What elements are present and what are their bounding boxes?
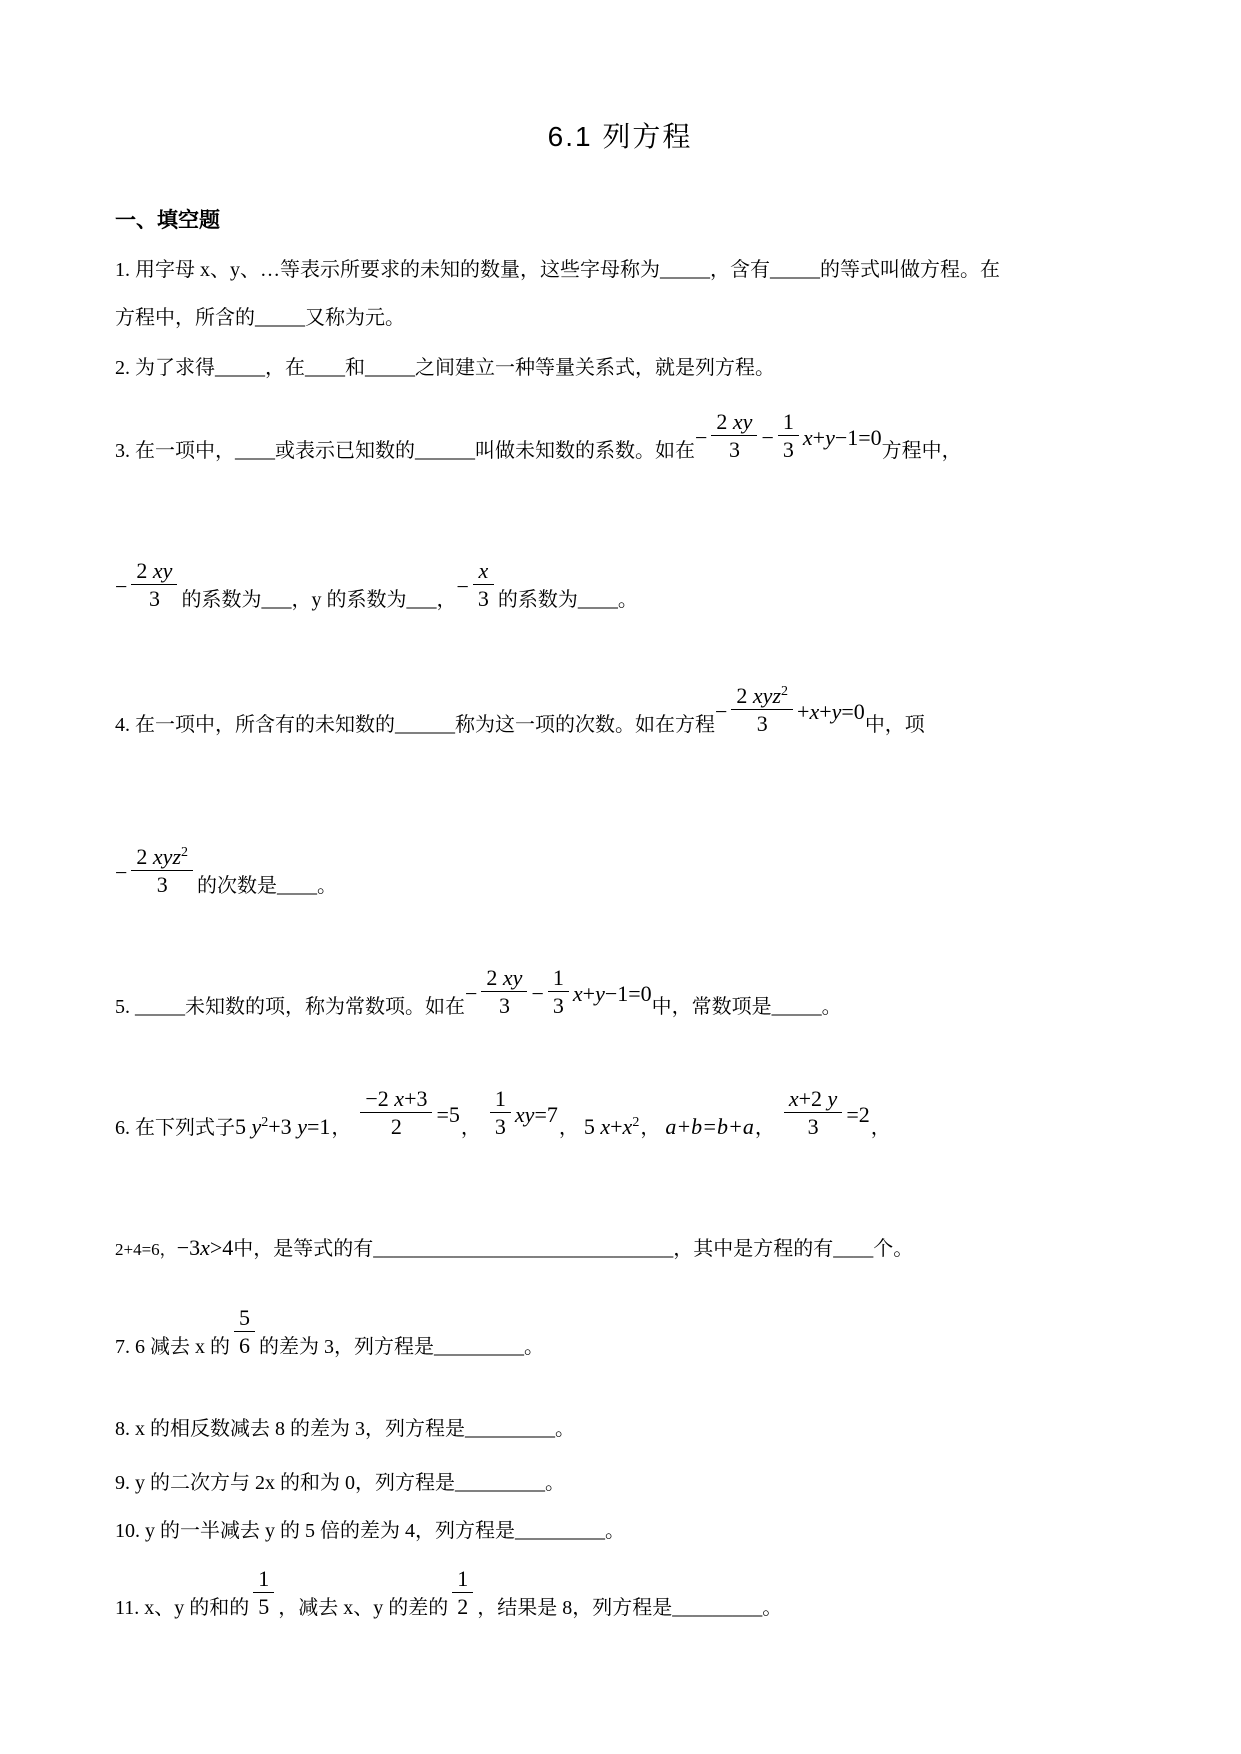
minus-sign: − <box>115 860 127 885</box>
fraction-denominator: 5 <box>253 1592 274 1620</box>
fraction-1-over-5: 15 <box>253 1565 274 1620</box>
minus-sign: − <box>465 981 477 1006</box>
fraction-denominator: 6 <box>234 1331 255 1359</box>
q1-line2: 方程中，所含的_____又称为元。 <box>115 307 405 329</box>
q3-lead: 3. 在一项中，____或表示已知数的______叫做未知数的系数。如在 <box>115 440 695 462</box>
expr-5y2-plus-3y-eq-1: 5 y2+3 y=1 <box>235 1114 330 1139</box>
numerator-coefficient: 2 <box>486 965 503 990</box>
fraction-numerator: 2 xyz2 <box>131 839 193 870</box>
num-term: +2 <box>799 1086 828 1111</box>
inequality-value: >4 <box>210 1235 233 1260</box>
op-plus: + <box>610 1114 622 1139</box>
equation-2xyz2-over-3-x-y: −2 xyz23+x+y=0 <box>715 711 865 736</box>
q4-lead: 4. 在一项中，所含有的未知数的______称为这一项的次数。如在方程 <box>115 714 715 736</box>
numerator-variables: xy <box>503 965 523 990</box>
var-y: y <box>825 425 835 450</box>
q6-text: 中，是等式的有 <box>233 1238 373 1260</box>
fraction-numerator: 2 xy <box>131 557 177 584</box>
fraction-2xy-over-3: 2 xy3 <box>481 964 527 1019</box>
numerator-variables: xyz <box>153 844 181 869</box>
numerator-variables: xy <box>733 409 753 434</box>
vars-xy: xy <box>515 1102 535 1127</box>
fraction-2xyz2-over-3: 2 xyz23 <box>131 839 193 898</box>
fraction-1-over-3: 13 <box>490 1085 511 1140</box>
fraction-denominator: 3 <box>490 1112 511 1140</box>
answer-blank-short: ____ <box>833 1238 873 1260</box>
section-heading: 一、填空题 <box>115 206 1125 236</box>
numerator-coefficient: 2 <box>736 683 753 708</box>
question-6-part1: 6. 在下列式子5 y2+3 y=1，−2 x+32=5，13xy=7，5 x+… <box>115 1083 1125 1160</box>
expr-x2y-over-3-eq-2: x+2 y3=2 <box>780 1114 870 1139</box>
fraction-1-over-2: 12 <box>452 1565 473 1620</box>
page-title: 6.1 列方程 <box>115 116 1125 158</box>
expr-neg2x3-over-2-eq-5: −2 x+32=5 <box>356 1114 460 1139</box>
fraction-denominator: 3 <box>473 584 494 612</box>
superscript-2: 2 <box>781 684 788 699</box>
fraction-denominator: 3 <box>548 991 569 1019</box>
expr-neg3x-gt-4: −3x>4 <box>177 1235 234 1260</box>
numerator-coefficient: 2 <box>136 844 153 869</box>
num-variable: x <box>789 1086 799 1111</box>
question-4-part1: 4. 在一项中，所含有的未知数的______称为这一项的次数。如在方程−2 xy… <box>115 678 1125 757</box>
question-10: 10. y 的一半减去 y 的 5 倍的差为 4，列方程是_________。 <box>115 1507 1125 1555</box>
minus-sign: − <box>761 425 773 450</box>
var-y: y <box>297 1114 307 1139</box>
q7-lead: 7. 6 减去 x 的 <box>115 1336 230 1358</box>
coefficient: 5 <box>584 1114 601 1139</box>
q11-tail: ，结果是 8，列方程是_________。 <box>477 1597 782 1619</box>
fraction-numerator: −2 x+3 <box>360 1085 432 1112</box>
question-9: 9. y 的二次方与 2x 的和为 0，列方程是_________。 <box>115 1459 1125 1507</box>
expr-2-plus-4-eq-6: 2+4=6， <box>115 1240 177 1259</box>
numerator-coefficient: 2 <box>716 409 733 434</box>
fraction-denominator: 3 <box>731 709 793 737</box>
comma: ， <box>461 1117 481 1139</box>
num-variable: y <box>828 1086 838 1111</box>
q1-line1: 1. 用字母 x、y、…等表示所要求的未知的数量，这些字母称为_____，含有_… <box>115 259 1000 281</box>
expr-a-plus-b-commutative: a+b=b+a <box>665 1114 754 1139</box>
expr-5x-plus-x2: 5 x+x2 <box>584 1114 639 1139</box>
q5-tail: 中，常数项是_____。 <box>652 996 842 1018</box>
fraction-numerator: 2 xy <box>711 408 757 435</box>
fraction-numerator: 1 <box>253 1565 274 1592</box>
equals-value: =1 <box>307 1114 330 1139</box>
fraction-numerator: 1 <box>778 408 799 435</box>
q3-tail: 方程中， <box>882 440 962 462</box>
equation-2xy3-13x-y-1: −2 xy3−13x+y−1=0 <box>695 437 882 462</box>
tail-rest: −1=0 <box>835 425 882 450</box>
fraction-neg2x-plus-3-over-2: −2 x+32 <box>360 1085 432 1140</box>
fraction-numerator: 1 <box>452 1565 473 1592</box>
fraction-denominator: 2 <box>360 1112 432 1140</box>
var-x: x <box>200 1235 210 1260</box>
comma: ， <box>640 1117 660 1139</box>
fraction-1-over-3: 13 <box>548 964 569 1019</box>
num-coefficient: −2 <box>365 1086 394 1111</box>
var-y: y <box>595 981 605 1006</box>
equals-value: =2 <box>846 1102 869 1127</box>
expr-one-third-xy-eq-7: 13xy=7 <box>486 1114 558 1139</box>
q11-mid: ，减去 x、y 的差的 <box>278 1597 448 1619</box>
var-x: x <box>803 425 813 450</box>
q3-mid: 的系数为___，y 的系数为___， <box>181 589 456 611</box>
op-plus: + <box>819 699 831 724</box>
q9-text: 9. y 的二次方与 2x 的和为 0，列方程是_________。 <box>115 1472 565 1494</box>
numerator-variables: xyz <box>753 683 781 708</box>
op-term: +3 <box>268 1114 297 1139</box>
equation-tail: x+y−1=0 <box>573 981 652 1006</box>
fraction-neg-x-over-3: −x3 <box>456 586 497 611</box>
fraction-denominator: 3 <box>778 435 799 463</box>
var-x: x <box>623 1114 633 1139</box>
fraction-neg-2xyz2-over-3: −2 xyz23 <box>115 872 197 897</box>
q3-end: 的系数为____。 <box>498 589 638 611</box>
fraction-denominator: 3 <box>481 991 527 1019</box>
worksheet-page: 6.1 列方程 一、填空题 1. 用字母 x、y、…等表示所要求的未知的数量，这… <box>0 0 1241 1640</box>
fraction-x-plus-2y-over-3: x+2 y3 <box>784 1085 842 1140</box>
fraction-x-over-3: x3 <box>473 557 494 612</box>
q10-text: 10. y 的一半减去 y 的 5 倍的差为 4，列方程是_________。 <box>115 1520 625 1542</box>
comma: ， <box>871 1117 891 1139</box>
equals-value: =5 <box>436 1102 459 1127</box>
numerator-coefficient: 2 <box>136 558 153 583</box>
fraction-numerator: 2 xy <box>481 964 527 991</box>
op-plus: + <box>797 699 809 724</box>
coefficient: −3 <box>177 1235 200 1260</box>
tail-rest: −1=0 <box>605 981 652 1006</box>
var-x: x <box>809 699 819 724</box>
op-plus: + <box>813 425 825 450</box>
equals-value: =7 <box>534 1102 557 1127</box>
fraction-2xy-over-3: 2 xy3 <box>131 557 177 612</box>
fraction-denominator: 3 <box>131 870 193 898</box>
q6-lead: 6. 在下列式子 <box>115 1117 235 1139</box>
question-8: 8. x 的相反数减去 8 的差为 3，列方程是_________。 <box>115 1405 1125 1453</box>
question-6-part2: 2+4=6，−3x>4中，是等式的有______________________… <box>115 1224 1125 1274</box>
fraction-2xyz2-over-3: 2 xyz23 <box>731 678 793 737</box>
num-constant: +3 <box>404 1086 427 1111</box>
coefficient: 5 <box>235 1114 252 1139</box>
var-x: x <box>573 981 583 1006</box>
fraction-denominator: 3 <box>711 435 757 463</box>
minus-sign: − <box>715 699 727 724</box>
op-plus: + <box>583 981 595 1006</box>
fraction-2xy-over-3: 2 xy3 <box>711 408 757 463</box>
q6-text2: ，其中是方程的有 <box>673 1238 833 1260</box>
superscript-2: 2 <box>632 1115 639 1130</box>
question-4-part2: −2 xyz23的次数是____。 <box>115 839 1125 918</box>
var-y: y <box>832 699 842 724</box>
equation-tail: +x+y=0 <box>797 699 865 724</box>
question-2: 2. 为了求得_____，在____和_____之间建立一种等量关系式，就是列方… <box>115 344 1125 392</box>
question-5: 5. _____未知数的项，称为常数项。如在−2 xy3−13x+y−1=0中，… <box>115 962 1125 1039</box>
fraction-1-over-3: 13 <box>778 408 799 463</box>
fraction-denominator: 2 <box>452 1592 473 1620</box>
minus-sign: − <box>531 981 543 1006</box>
equation-2xy3-13x-y-1: −2 xy3−13x+y−1=0 <box>465 993 652 1018</box>
fraction-neg-2xy-over-3: −2 xy3 <box>115 586 181 611</box>
var-x: x <box>600 1114 610 1139</box>
equation-tail: x+y−1=0 <box>803 425 882 450</box>
minus-sign: − <box>695 425 707 450</box>
q8-text: 8. x 的相反数减去 8 的差为 3，列方程是_________。 <box>115 1418 575 1440</box>
answer-blank-long: ______________________________ <box>373 1238 673 1260</box>
question-7: 7. 6 减去 x 的56的差为 3，列方程是_________。 <box>115 1304 1125 1379</box>
fraction-numerator: 1 <box>490 1085 511 1112</box>
equation-tail: xy=7 <box>515 1102 558 1127</box>
fraction-numerator: 2 xyz2 <box>731 678 793 709</box>
fraction-5-over-6: 56 <box>234 1304 255 1359</box>
fraction-denominator: 3 <box>784 1112 842 1140</box>
q4-end: 的次数是____。 <box>197 875 337 897</box>
q4-tail: 中，项 <box>865 714 925 736</box>
fraction-numerator: 1 <box>548 964 569 991</box>
minus-sign: − <box>456 574 468 599</box>
fraction-denominator: 3 <box>131 584 177 612</box>
comma: ， <box>755 1117 775 1139</box>
question-1: 1. 用字母 x、y、…等表示所要求的未知的数量，这些字母称为_____，含有_… <box>115 246 1125 342</box>
q2-text: 2. 为了求得_____，在____和_____之间建立一种等量关系式，就是列方… <box>115 357 775 379</box>
fraction-numerator: x+2 y <box>784 1085 842 1112</box>
q6-text3: 个。 <box>873 1238 913 1260</box>
numerator-variables: xy <box>153 558 173 583</box>
tail-rest: =0 <box>841 699 864 724</box>
superscript-2: 2 <box>181 845 188 860</box>
question-3-part2: −2 xy3的系数为___，y 的系数为___，−x3的系数为____。 <box>115 555 1125 632</box>
q5-lead: 5. _____未知数的项，称为常数项。如在 <box>115 996 465 1018</box>
fraction-numerator: x <box>473 557 494 584</box>
var-y: y <box>252 1114 262 1139</box>
comma: ， <box>331 1117 351 1139</box>
q7-tail: 的差为 3，列方程是_________。 <box>259 1336 544 1358</box>
q11-lead: 11. x、y 的和的 <box>115 1597 249 1619</box>
num-variable: x <box>394 1086 404 1111</box>
comma: ， <box>559 1117 579 1139</box>
fraction-numerator: 5 <box>234 1304 255 1331</box>
question-3-part1: 3. 在一项中，____或表示已知数的______叫做未知数的系数。如在−2 x… <box>115 406 1125 483</box>
question-11: 11. x、y 的和的15，减去 x、y 的差的12，结果是 8，列方程是___… <box>115 1565 1125 1640</box>
minus-sign: − <box>115 574 127 599</box>
